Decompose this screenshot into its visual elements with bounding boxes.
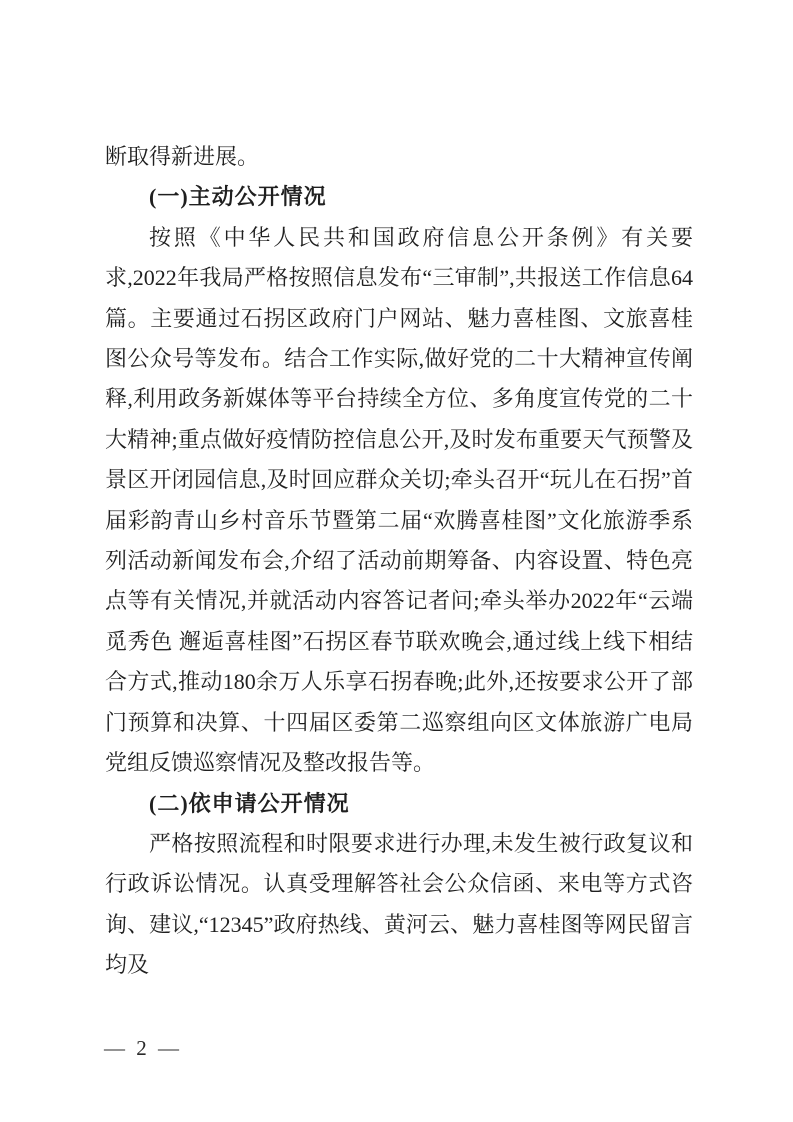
section-heading-active-disclosure: (一)主动公开情况	[105, 177, 693, 217]
paragraph-disclosure-upon-request: 严格按照流程和时限要求进行办理,未发生被行政复议和行政诉讼情况。认真受理解答社会…	[105, 824, 693, 986]
paragraph-continued: 断取得新进展。	[105, 137, 693, 177]
document-body: 断取得新进展。 (一)主动公开情况 按照《中华人民共和国政府信息公开条例》有关要…	[105, 137, 693, 986]
section-heading-disclosure-upon-request: (二)依申请公开情况	[105, 784, 693, 824]
page-number: — 2 —	[104, 1036, 182, 1061]
paragraph-active-disclosure: 按照《中华人民共和国政府信息公开条例》有关要求,2022年我局严格按照信息发布“…	[105, 218, 693, 784]
document-page: 断取得新进展。 (一)主动公开情况 按照《中华人民共和国政府信息公开条例》有关要…	[0, 0, 793, 1122]
